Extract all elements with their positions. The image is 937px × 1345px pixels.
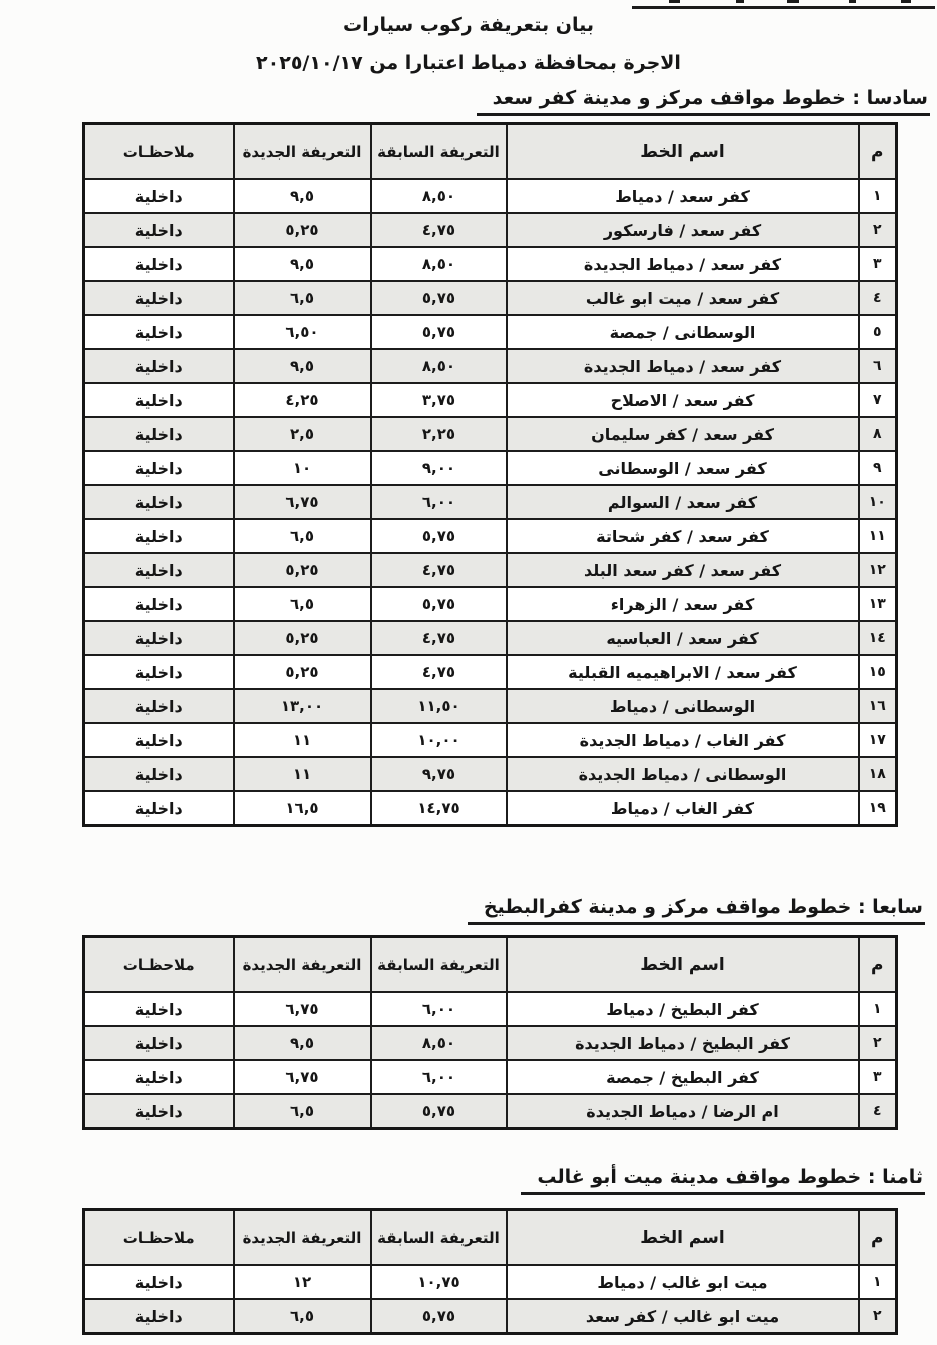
cell-line-name: كفر سعد / الزهراء xyxy=(507,587,859,621)
table-header-row: ماسم الخطالتعريفة السابقةالتعريفة الجديد… xyxy=(84,937,897,993)
cropped-text-mark xyxy=(669,0,680,3)
cell-line-name: كفر سعد / الابراهيميه القبلية xyxy=(507,655,859,689)
cell-line-name: ميت ابو غالب / كفر سعد xyxy=(507,1299,859,1334)
column-header-notes: ملاحظـات xyxy=(84,937,234,993)
document-title-line1: بيان بتعريفة ركوب سيارات xyxy=(0,14,937,36)
cell-line-name: كفر سعد / دمياط xyxy=(507,179,859,213)
cell-previous-fare: ٩,٧٥ xyxy=(371,757,507,791)
table-row: ٢كفر سعد / فارسكور٤,٧٥٥,٢٥داخلية xyxy=(84,213,897,247)
cell-new-fare: ٦,٥ xyxy=(234,587,371,621)
cell-line-name: كفر سعد / العباسيه xyxy=(507,621,859,655)
table-row: ٦كفر سعد / دمياط الجديدة٨,٥٠٩,٥داخلية xyxy=(84,349,897,383)
table-header-row: ماسم الخطالتعريفة السابقةالتعريفة الجديد… xyxy=(84,1210,897,1266)
cell-new-fare: ٦,٥٠ xyxy=(234,315,371,349)
cell-notes: داخلية xyxy=(84,1299,234,1334)
heading-underline xyxy=(632,6,935,9)
column-header-notes: ملاحظـات xyxy=(84,124,234,180)
cell-num: ٤ xyxy=(859,1094,897,1129)
cell-previous-fare: ٦,٠٠ xyxy=(371,485,507,519)
cell-previous-fare: ٨,٥٠ xyxy=(371,1026,507,1060)
table-row: ٧كفر سعد / الاصلاح٣,٧٥٤,٢٥داخلية xyxy=(84,383,897,417)
cell-notes: داخلية xyxy=(84,1265,234,1299)
cell-notes: داخلية xyxy=(84,451,234,485)
column-header-new-fare: التعريفة الجديدة xyxy=(234,937,371,993)
cell-notes: داخلية xyxy=(84,247,234,281)
cell-new-fare: ١٦,٥ xyxy=(234,791,371,826)
column-header-new-fare: التعريفة الجديدة xyxy=(234,1210,371,1266)
cell-line-name: ميت ابو غالب / دمياط xyxy=(507,1265,859,1299)
cell-new-fare: ٥,٢٥ xyxy=(234,553,371,587)
cell-previous-fare: ٨,٥٠ xyxy=(371,349,507,383)
cell-num: ٧ xyxy=(859,383,897,417)
cell-num: ٣ xyxy=(859,1060,897,1094)
cell-previous-fare: ٦,٠٠ xyxy=(371,1060,507,1094)
cell-num: ٤ xyxy=(859,281,897,315)
cell-new-fare: ٩,٥ xyxy=(234,349,371,383)
cell-num: ٥ xyxy=(859,315,897,349)
table-row: ١٦الوسطانى / دمياط١١,٥٠١٣,٠٠داخلية xyxy=(84,689,897,723)
cell-notes: داخلية xyxy=(84,992,234,1026)
cell-notes: داخلية xyxy=(84,791,234,826)
cell-new-fare: ١٢ xyxy=(234,1265,371,1299)
cell-line-name: الوسطانى / دمياط xyxy=(507,689,859,723)
cell-new-fare: ١١ xyxy=(234,723,371,757)
cell-previous-fare: ٥,٧٥ xyxy=(371,281,507,315)
cell-line-name: كفر سعد / الوسطانى xyxy=(507,451,859,485)
cell-num: ١ xyxy=(859,1265,897,1299)
cell-previous-fare: ٢,٢٥ xyxy=(371,417,507,451)
table-row: ٤ام الرضا / دمياط الجديدة٥,٧٥٦,٥داخلية xyxy=(84,1094,897,1129)
cell-line-name: كفر سعد / السوالم xyxy=(507,485,859,519)
document-title-line2: الاجرة بمحافظة دمياط اعتبارا من ٢٠٢٥/١٠/… xyxy=(0,52,937,74)
table-row: ٨كفر سعد / كفر سليمان٢,٢٥٢,٥داخلية xyxy=(84,417,897,451)
cell-notes: داخلية xyxy=(84,689,234,723)
cell-line-name: كفر سعد / كفر شحاتة xyxy=(507,519,859,553)
table-row: ١٩كفر الغاب / دمياط١٤,٧٥١٦,٥داخلية xyxy=(84,791,897,826)
cell-previous-fare: ٥,٧٥ xyxy=(371,1299,507,1334)
cell-new-fare: ٥,٢٥ xyxy=(234,213,371,247)
table-row: ١٠كفر سعد / السوالم٦,٠٠٦,٧٥داخلية xyxy=(84,485,897,519)
cell-num: ١٩ xyxy=(859,791,897,826)
cell-notes: داخلية xyxy=(84,587,234,621)
cell-previous-fare: ١١,٥٠ xyxy=(371,689,507,723)
cell-line-name: كفر الغاب / دمياط الجديدة xyxy=(507,723,859,757)
cell-notes: داخلية xyxy=(84,315,234,349)
cell-notes: داخلية xyxy=(84,349,234,383)
cell-num: ٢ xyxy=(859,1299,897,1334)
table-row: ١ميت ابو غالب / دمياط١٠,٧٥١٢داخلية xyxy=(84,1265,897,1299)
cell-num: ٦ xyxy=(859,349,897,383)
cell-previous-fare: ٤,٧٥ xyxy=(371,621,507,655)
cell-notes: داخلية xyxy=(84,213,234,247)
table-row: ١٨الوسطانى / دمياط الجديدة٩,٧٥١١داخلية xyxy=(84,757,897,791)
cell-previous-fare: ٥,٧٥ xyxy=(371,315,507,349)
cell-previous-fare: ١٤,٧٥ xyxy=(371,791,507,826)
cell-num: ١٠ xyxy=(859,485,897,519)
table-row: ١كفر البطيخ / دمياط٦,٠٠٦,٧٥داخلية xyxy=(84,992,897,1026)
table-row: ١٤كفر سعد / العباسيه٤,٧٥٥,٢٥داخلية xyxy=(84,621,897,655)
cell-new-fare: ٩,٥ xyxy=(234,179,371,213)
column-header-num: م xyxy=(859,124,897,180)
cell-new-fare: ٥,٢٥ xyxy=(234,655,371,689)
cell-previous-fare: ٤,٧٥ xyxy=(371,553,507,587)
table-row: ٢كفر البطيخ / دمياط الجديدة٨,٥٠٩,٥داخلية xyxy=(84,1026,897,1060)
cell-new-fare: ٩,٥ xyxy=(234,1026,371,1060)
cell-num: ٨ xyxy=(859,417,897,451)
column-header-line-name: اسم الخط xyxy=(507,124,859,180)
cell-line-name: الوسطانى / دمياط الجديدة xyxy=(507,757,859,791)
cell-new-fare: ١٠ xyxy=(234,451,371,485)
cell-previous-fare: ٤,٧٥ xyxy=(371,213,507,247)
column-header-previous-fare: التعريفة السابقة xyxy=(371,1210,507,1266)
cell-new-fare: ٦,٥ xyxy=(234,519,371,553)
cell-notes: داخلية xyxy=(84,179,234,213)
cell-previous-fare: ٥,٧٥ xyxy=(371,1094,507,1129)
table-header-row: ماسم الخطالتعريفة السابقةالتعريفة الجديد… xyxy=(84,124,897,180)
cell-line-name: كفر سعد / فارسكور xyxy=(507,213,859,247)
cell-num: ١٨ xyxy=(859,757,897,791)
cell-line-name: كفر البطيخ / جمصة xyxy=(507,1060,859,1094)
cell-notes: داخلية xyxy=(84,519,234,553)
fare-table-kafr-elbatikh: ماسم الخطالتعريفة السابقةالتعريفة الجديد… xyxy=(82,935,898,1130)
table-row: ١٧كفر الغاب / دمياط الجديدة١٠,٠٠١١داخلية xyxy=(84,723,897,757)
cell-new-fare: ٦,٧٥ xyxy=(234,485,371,519)
cell-notes: داخلية xyxy=(84,417,234,451)
cell-previous-fare: ٥,٧٥ xyxy=(371,519,507,553)
cell-new-fare: ١١ xyxy=(234,757,371,791)
cell-line-name: كفر سعد / كفر سليمان xyxy=(507,417,859,451)
cell-new-fare: ٦,٥ xyxy=(234,281,371,315)
cell-line-name: كفر البطيخ / دمياط xyxy=(507,992,859,1026)
cropped-heading-fragment xyxy=(632,0,935,9)
cell-new-fare: ٦,٥ xyxy=(234,1094,371,1129)
section-heading-seventh: سابعا : خطوط مواقف مركز و مدينة كفرالبطي… xyxy=(468,896,925,925)
cropped-text-mark xyxy=(787,0,799,3)
cell-notes: داخلية xyxy=(84,1060,234,1094)
column-header-num: م xyxy=(859,1210,897,1266)
cell-num: ٢ xyxy=(859,1026,897,1060)
table-row: ١كفر سعد / دمياط٨,٥٠٩,٥داخلية xyxy=(84,179,897,213)
cell-new-fare: ٦,٥ xyxy=(234,1299,371,1334)
cell-previous-fare: ٥,٧٥ xyxy=(371,587,507,621)
table-row: ١٢كفر سعد / كفر سعد البلد٤,٧٥٥,٢٥داخلية xyxy=(84,553,897,587)
section-heading-sixth: سادسا : خطوط مواقف مركز و مدينة كفر سعد xyxy=(477,87,930,116)
cell-new-fare: ٥,٢٥ xyxy=(234,621,371,655)
cell-num: ١٦ xyxy=(859,689,897,723)
column-header-new-fare: التعريفة الجديدة xyxy=(234,124,371,180)
cell-num: ١٧ xyxy=(859,723,897,757)
cell-new-fare: ٩,٥ xyxy=(234,247,371,281)
cell-notes: داخلية xyxy=(84,485,234,519)
cell-notes: داخلية xyxy=(84,655,234,689)
cell-line-name: كفر البطيخ / دمياط الجديدة xyxy=(507,1026,859,1060)
table-row: ١٥كفر سعد / الابراهيميه القبلية٤,٧٥٥,٢٥د… xyxy=(84,655,897,689)
cell-line-name: كفر سعد / دمياط الجديدة xyxy=(507,349,859,383)
table-row: ٩كفر سعد / الوسطانى٩,٠٠١٠داخلية xyxy=(84,451,897,485)
table-row: ١١كفر سعد / كفر شحاتة٥,٧٥٦,٥داخلية xyxy=(84,519,897,553)
cell-num: ١ xyxy=(859,179,897,213)
table-row: ٢ميت ابو غالب / كفر سعد٥,٧٥٦,٥داخلية xyxy=(84,1299,897,1334)
cell-num: ١٢ xyxy=(859,553,897,587)
cell-notes: داخلية xyxy=(84,1094,234,1129)
cell-num: ٢ xyxy=(859,213,897,247)
cell-new-fare: ٦,٧٥ xyxy=(234,992,371,1026)
cell-notes: داخلية xyxy=(84,553,234,587)
cell-new-fare: ٦,٧٥ xyxy=(234,1060,371,1094)
cell-line-name: الوسطانى / جمصة xyxy=(507,315,859,349)
cell-previous-fare: ٤,٧٥ xyxy=(371,655,507,689)
column-header-previous-fare: التعريفة السابقة xyxy=(371,124,507,180)
column-header-notes: ملاحظـات xyxy=(84,1210,234,1266)
table-row: ٤كفر سعد / ميت ابو غالب٥,٧٥٦,٥داخلية xyxy=(84,281,897,315)
cell-line-name: كفر الغاب / دمياط xyxy=(507,791,859,826)
cell-num: ٩ xyxy=(859,451,897,485)
cell-previous-fare: ٨,٥٠ xyxy=(371,179,507,213)
cell-notes: داخلية xyxy=(84,757,234,791)
section-heading-eighth: ثامنا : خطوط مواقف مدينة ميت أبو غالب xyxy=(521,1166,925,1195)
cell-previous-fare: ١٠,٠٠ xyxy=(371,723,507,757)
cell-num: ١٤ xyxy=(859,621,897,655)
cell-line-name: كفر سعد / كفر سعد البلد xyxy=(507,553,859,587)
table-row: ٣كفر سعد / دمياط الجديدة٨,٥٠٩,٥داخلية xyxy=(84,247,897,281)
cell-new-fare: ١٣,٠٠ xyxy=(234,689,371,723)
cell-new-fare: ٤,٢٥ xyxy=(234,383,371,417)
cell-previous-fare: ٨,٥٠ xyxy=(371,247,507,281)
cell-previous-fare: ٣,٧٥ xyxy=(371,383,507,417)
cell-num: ١٥ xyxy=(859,655,897,689)
column-header-line-name: اسم الخط xyxy=(507,937,859,993)
cell-notes: داخلية xyxy=(84,1026,234,1060)
cropped-text-mark xyxy=(849,0,856,3)
cell-line-name: ام الرضا / دمياط الجديدة xyxy=(507,1094,859,1129)
fare-table-mit-abu-ghalib: ماسم الخطالتعريفة السابقةالتعريفة الجديد… xyxy=(82,1208,898,1335)
cell-num: ١ xyxy=(859,992,897,1026)
fare-table-kafr-saad: ماسم الخطالتعريفة السابقةالتعريفة الجديد… xyxy=(82,122,898,827)
cell-num: ٣ xyxy=(859,247,897,281)
cell-new-fare: ٢,٥ xyxy=(234,417,371,451)
cell-notes: داخلية xyxy=(84,281,234,315)
cell-line-name: كفر سعد / الاصلاح xyxy=(507,383,859,417)
cell-previous-fare: ١٠,٧٥ xyxy=(371,1265,507,1299)
cell-previous-fare: ٦,٠٠ xyxy=(371,992,507,1026)
table-row: ١٣كفر سعد / الزهراء٥,٧٥٦,٥داخلية xyxy=(84,587,897,621)
cell-num: ١١ xyxy=(859,519,897,553)
cropped-text-mark xyxy=(901,0,911,3)
cell-notes: داخلية xyxy=(84,723,234,757)
cell-notes: داخلية xyxy=(84,621,234,655)
column-header-line-name: اسم الخط xyxy=(507,1210,859,1266)
cell-previous-fare: ٩,٠٠ xyxy=(371,451,507,485)
column-header-num: م xyxy=(859,937,897,993)
cell-num: ١٣ xyxy=(859,587,897,621)
cell-notes: داخلية xyxy=(84,383,234,417)
cell-line-name: كفر سعد / ميت ابو غالب xyxy=(507,281,859,315)
cropped-text-mark xyxy=(736,0,744,3)
column-header-previous-fare: التعريفة السابقة xyxy=(371,937,507,993)
table-row: ٥الوسطانى / جمصة٥,٧٥٦,٥٠داخلية xyxy=(84,315,897,349)
table-row: ٣كفر البطيخ / جمصة٦,٠٠٦,٧٥داخلية xyxy=(84,1060,897,1094)
cell-line-name: كفر سعد / دمياط الجديدة xyxy=(507,247,859,281)
document-page: بيان بتعريفة ركوب سيارات الاجرة بمحافظة … xyxy=(0,0,937,1345)
